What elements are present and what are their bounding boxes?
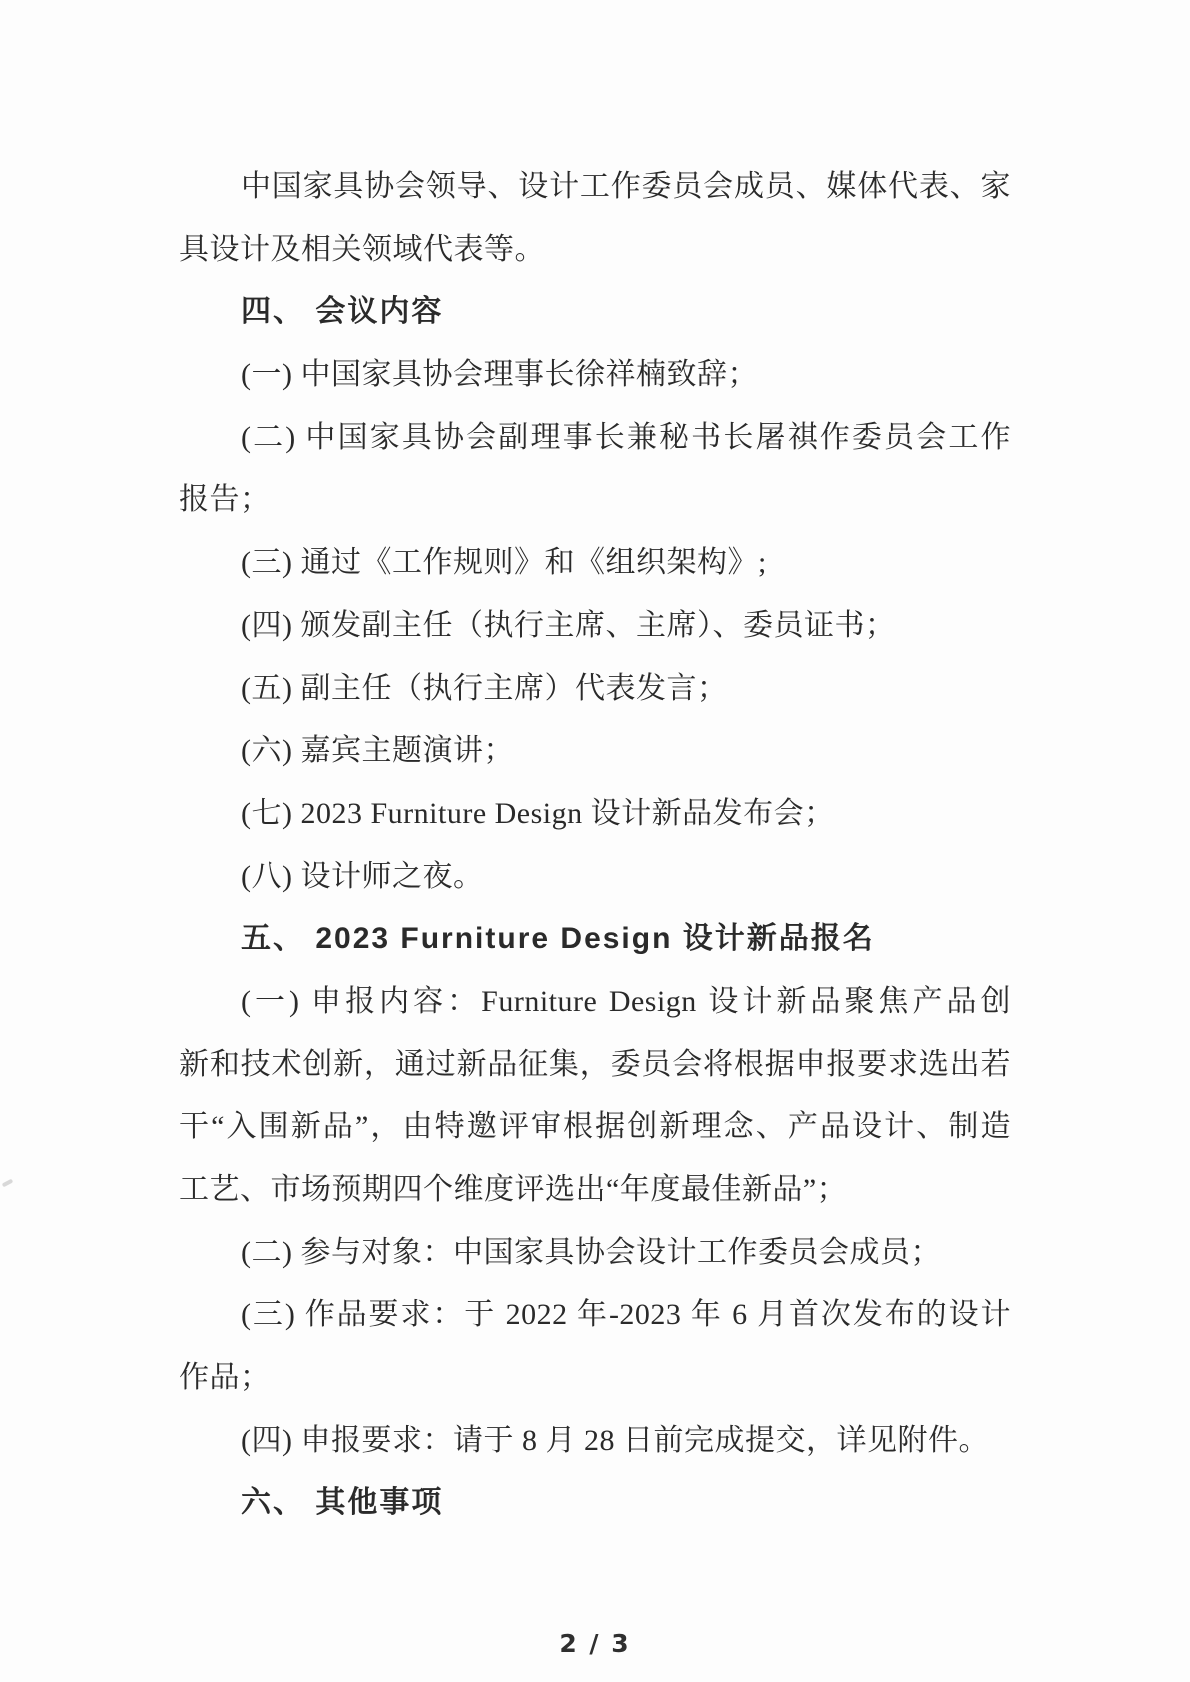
list-item: (一) 申报内容：Furniture Design 设计新品聚焦产品创 (179, 971, 1011, 1034)
document-text-block: 中国家具协会领导、设计工作委员会成员、媒体代表、家 具设计及相关领域代表等。 四… (179, 156, 1011, 1535)
list-item: (七) 2023 Furniture Design 设计新品发布会； (179, 783, 1011, 846)
text-line: 报告； (179, 469, 1011, 532)
section-heading: 五、 2023 Furniture Design 设计新品报名 (179, 908, 1011, 971)
list-item: (二) 参与对象：中国家具协会设计工作委员会成员； (179, 1222, 1011, 1285)
list-item: (三) 作品要求：于 2022 年-2023 年 6 月首次发布的设计 (179, 1284, 1011, 1347)
text-line: 干“入围新品”，由特邀评审根据创新理念、产品设计、制造 (179, 1096, 1011, 1159)
list-item: (四) 申报要求：请于 8 月 28 日前完成提交，详见附件。 (179, 1410, 1011, 1473)
list-item: (四) 颁发副主任（执行主席、主席）、委员证书； (179, 595, 1011, 658)
section-heading: 六、 其他事项 (179, 1472, 1011, 1535)
text-line: 新和技术创新，通过新品征集，委员会将根据申报要求选出若 (179, 1034, 1011, 1097)
text-line: 作品； (179, 1347, 1011, 1410)
list-item: (一) 中国家具协会理事长徐祥楠致辞； (179, 344, 1011, 407)
list-item: (六) 嘉宾主题演讲； (179, 720, 1011, 783)
list-item: (三) 通过《工作规则》和《组织架构》; (179, 532, 1011, 595)
text-line: 具设计及相关领域代表等。 (179, 219, 1011, 282)
page-number: 2 / 3 (0, 1626, 1190, 1662)
list-item: (二) 中国家具协会副理事长兼秘书长屠祺作委员会工作 (179, 407, 1011, 470)
list-item: (五) 副主任（执行主席）代表发言； (179, 658, 1011, 721)
section-heading: 四、 会议内容 (179, 281, 1011, 344)
scan-smudge-mark (2, 1179, 14, 1188)
document-page: 中国家具协会领导、设计工作委员会成员、媒体代表、家 具设计及相关领域代表等。 四… (0, 0, 1190, 1682)
text-line: 工艺、市场预期四个维度评选出“年度最佳新品”； (179, 1159, 1011, 1222)
list-item: (八) 设计师之夜。 (179, 846, 1011, 909)
text-line: 中国家具协会领导、设计工作委员会成员、媒体代表、家 (179, 156, 1011, 219)
